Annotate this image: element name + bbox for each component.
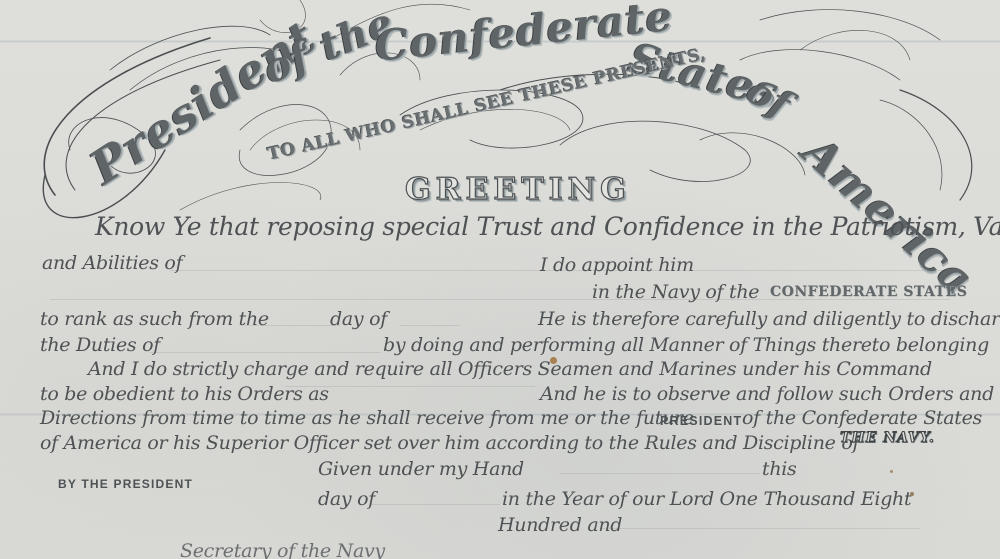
body-line-directions: Directions from time to time as he shall… <box>40 407 694 429</box>
body-line-therefore: He is therefore carefully and diligently… <box>538 308 1000 330</box>
printed-the-navy: THE NAVY. <box>840 430 935 446</box>
paper-stain <box>550 357 557 364</box>
body-line-navy-of: in the Navy of the <box>592 281 759 303</box>
paper-stain <box>890 470 893 473</box>
body-line-day-of: day of <box>330 308 387 330</box>
body-line-obedient: to be obedient to his Orders as <box>40 383 329 405</box>
body-line-appoint: I do appoint him <box>540 254 694 276</box>
body-line-day-of-2: day of <box>318 488 375 510</box>
body-line-know-ye: Know Ye that reposing special Trust and … <box>95 212 1000 241</box>
body-line-year: in the Year of our Lord One Thousand Eig… <box>502 488 911 510</box>
body-line-performing: by doing and performing all Manner of Th… <box>383 334 989 356</box>
body-line-superior-officer: of America or his Superior Officer set o… <box>40 432 859 454</box>
paper-stain <box>910 492 914 496</box>
body-line-duties: the Duties of <box>40 334 160 356</box>
body-line-strictly-charge: And I do strictly charge and require all… <box>88 358 932 380</box>
greeting-heading: GREETING <box>405 172 631 207</box>
body-line-rank: to rank as such from the <box>40 308 269 330</box>
body-line-hundred: Hundred and <box>498 514 622 536</box>
signature-line-secretary: Secretary of the Navy <box>180 540 385 559</box>
printed-by-the-president: BY THE PRESIDENT <box>58 477 193 491</box>
printed-confederate-states: CONFEDERATE STATES <box>770 284 967 300</box>
body-line-confederate-states: of the Confederate States <box>742 407 982 429</box>
body-line-given: Given under my Hand <box>318 458 524 480</box>
body-line-abilities: and Abilities of <box>42 252 182 274</box>
body-line-this: this <box>762 458 797 480</box>
body-line-observe: And he is to observe and follow such Ord… <box>540 383 994 405</box>
printed-president: PRESIDENT <box>660 414 742 428</box>
